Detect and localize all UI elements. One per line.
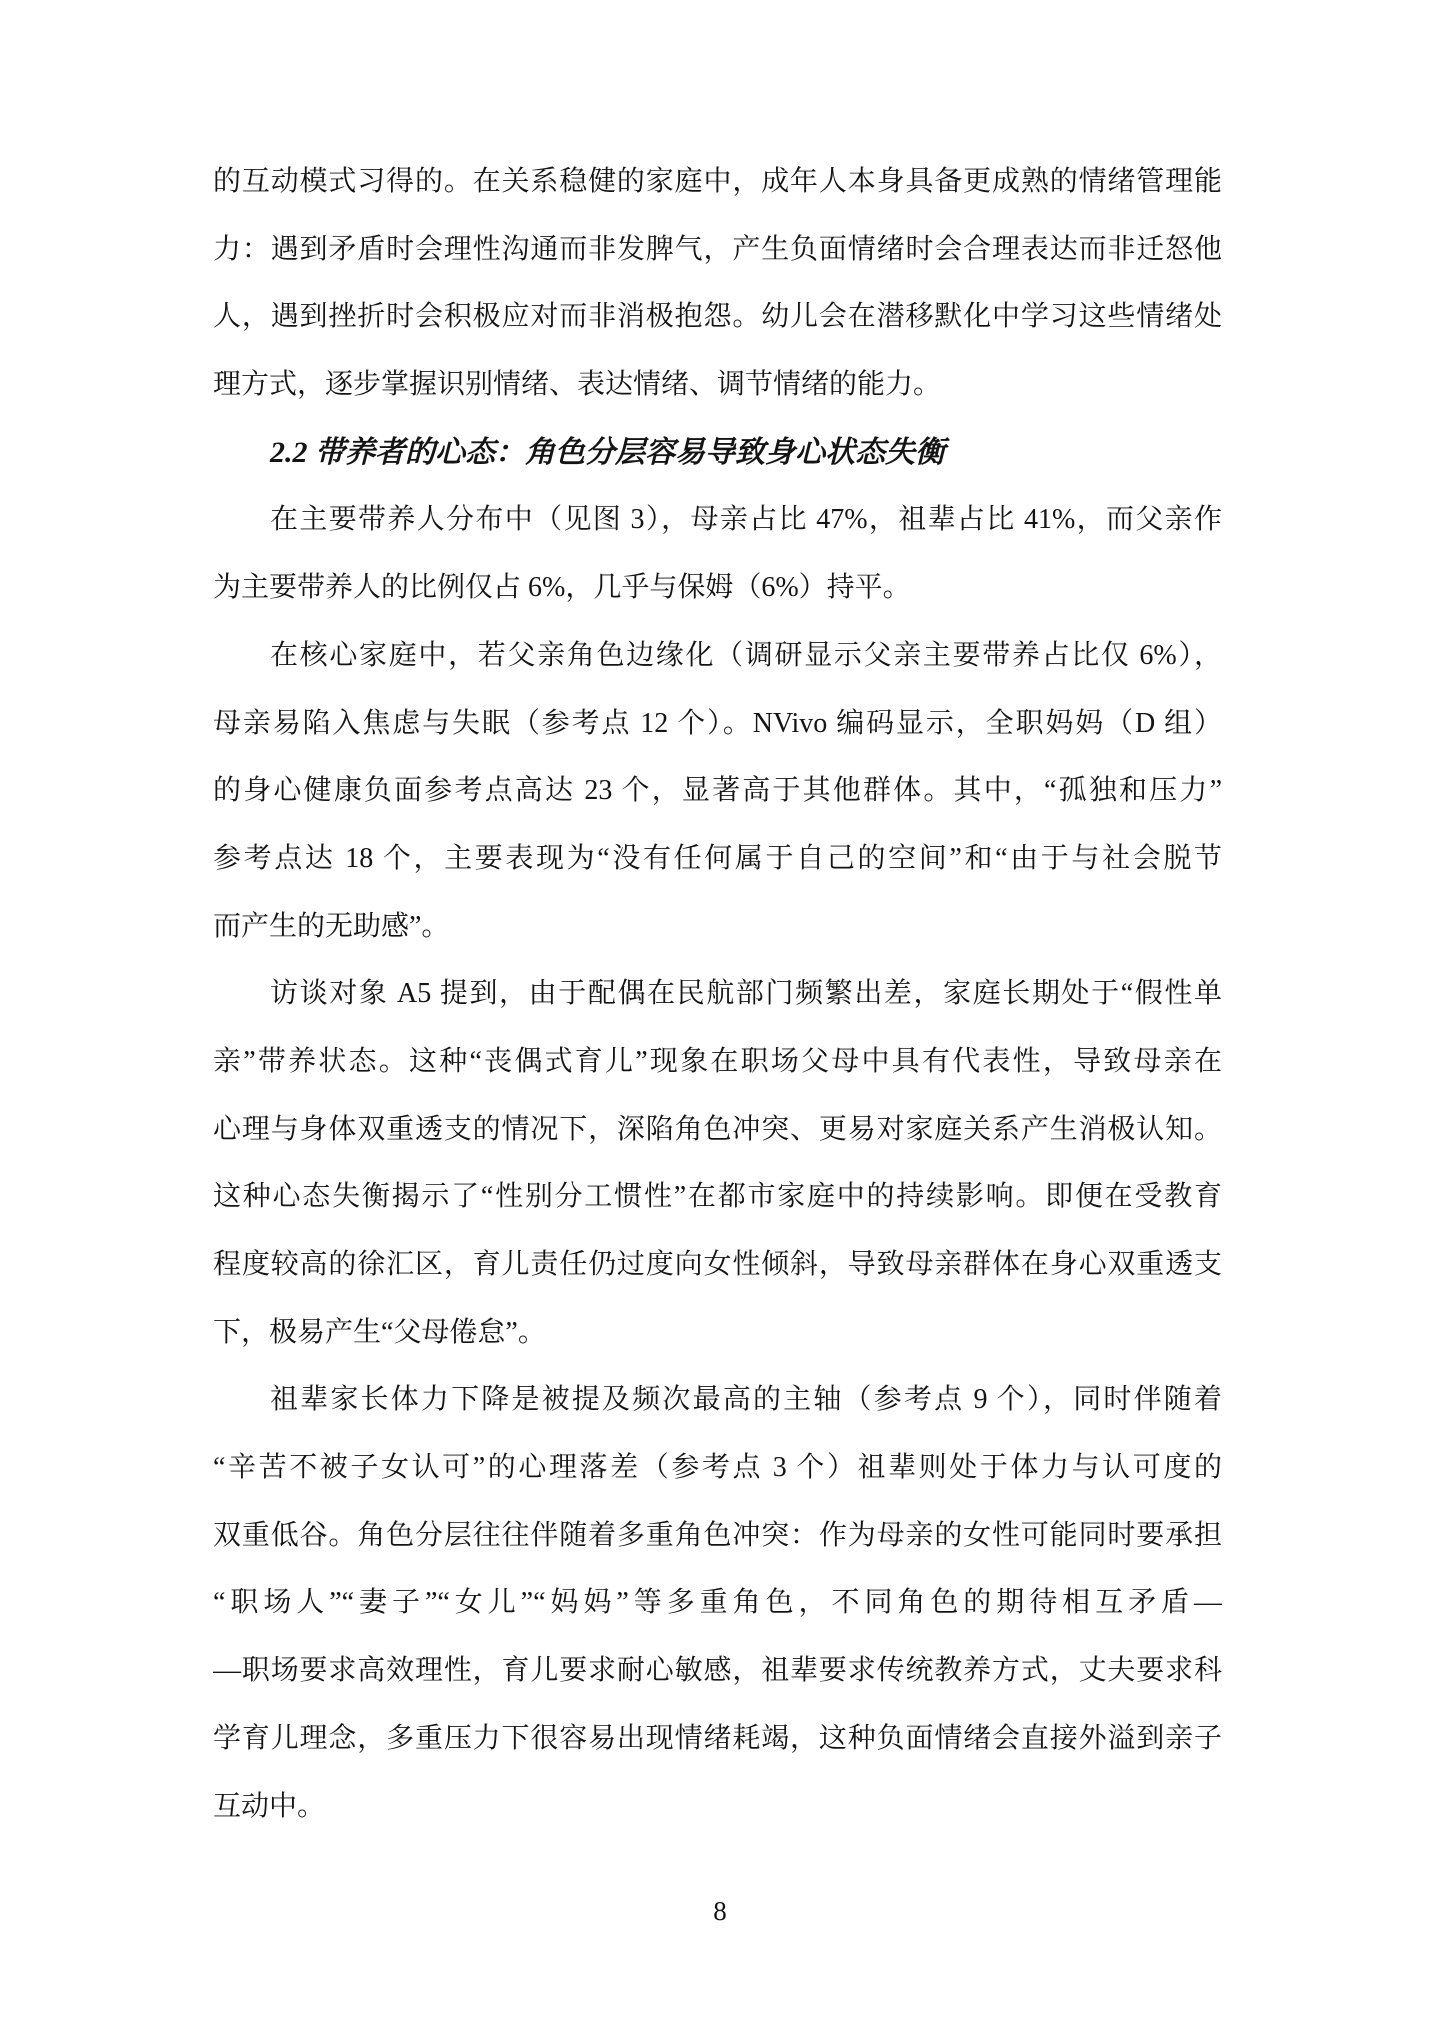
body-line: 的身心健康负面参考点高达 23 个，显著高于其他群体。其中，“孤独和压力” bbox=[213, 757, 1222, 825]
page-number: 8 bbox=[0, 1893, 1440, 1929]
body-line: 在主要带养人分布中（见图 3），母亲占比 47%，祖辈占比 41%，而父亲作 bbox=[213, 486, 1222, 554]
section-heading-2-2: 2.2 带养者的心态：角色分层容易导致身心状态失衡 bbox=[213, 419, 1222, 487]
body-line: 而产生的无助感”。 bbox=[213, 893, 1222, 961]
body-line: 学育儿理念，多重压力下很容易出现情绪耗竭，这种负面情绪会直接外溢到亲子 bbox=[213, 1705, 1222, 1773]
body-line: 祖辈家长体力下降是被提及频次最高的主轴（参考点 9 个），同时伴随着 bbox=[213, 1366, 1222, 1434]
body-line: “职场人”“妻子”“女儿”“妈妈”等多重角色，不同角色的期待相互矛盾— bbox=[213, 1569, 1222, 1637]
body-line: 访谈对象 A5 提到，由于配偶在民航部门频繁出差，家庭长期处于“假性单 bbox=[213, 960, 1222, 1028]
body-line: “辛苦不被子女认可”的心理落差（参考点 3 个）祖辈则处于体力与认可度的 bbox=[213, 1434, 1222, 1502]
body-line: 理方式，逐步掌握识别情绪、表达情绪、调节情绪的能力。 bbox=[213, 351, 1222, 419]
body-line: 心理与身体双重透支的情况下，深陷角色冲突、更易对家庭关系产生消极认知。 bbox=[213, 1096, 1222, 1164]
body-line: —职场要求高效理性，育儿要求耐心敏感，祖辈要求传统教养方式，丈夫要求科 bbox=[213, 1637, 1222, 1705]
body-line: 为主要带养人的比例仅占 6%，几乎与保姆（6%）持平。 bbox=[213, 554, 1222, 622]
body-line: 双重低谷。角色分层往往伴随着多重角色冲突：作为母亲的女性可能同时要承担 bbox=[213, 1502, 1222, 1570]
body-line: 互动中。 bbox=[213, 1773, 1222, 1841]
body-line: 亲”带养状态。这种“丧偶式育儿”现象在职场父母中具有代表性，导致母亲在 bbox=[213, 1028, 1222, 1096]
text-block: 的互动模式习得的。在关系稳健的家庭中，成年人本身具备更成熟的情绪管理能 力：遇到… bbox=[213, 148, 1222, 1840]
body-line: 参考点达 18 个，主要表现为“没有任何属于自己的空间”和“由于与社会脱节 bbox=[213, 825, 1222, 893]
body-line: 母亲易陷入焦虑与失眠（参考点 12 个）。NVivo 编码显示，全职妈妈（D 组… bbox=[213, 690, 1222, 758]
body-line: 程度较高的徐汇区，育儿责任仍过度向女性倾斜，导致母亲群体在身心双重透支 bbox=[213, 1231, 1222, 1299]
body-line: 力：遇到矛盾时会理性沟通而非发脾气，产生负面情绪时会合理表达而非迁怒他 bbox=[213, 216, 1222, 284]
body-line: 下，极易产生“父母倦怠”。 bbox=[213, 1299, 1222, 1367]
body-line: 在核心家庭中，若父亲角色边缘化（调研显示父亲主要带养占比仅 6%）， bbox=[213, 622, 1222, 690]
body-line: 这种心态失衡揭示了“性别分工惯性”在都市家庭中的持续影响。即便在受教育 bbox=[213, 1163, 1222, 1231]
body-line: 人，遇到挫折时会积极应对而非消极抱怨。幼儿会在潜移默化中学习这些情绪处 bbox=[213, 283, 1222, 351]
document-page: 的互动模式习得的。在关系稳健的家庭中，成年人本身具备更成熟的情绪管理能 力：遇到… bbox=[0, 0, 1440, 2036]
body-line: 的互动模式习得的。在关系稳健的家庭中，成年人本身具备更成熟的情绪管理能 bbox=[213, 148, 1222, 216]
